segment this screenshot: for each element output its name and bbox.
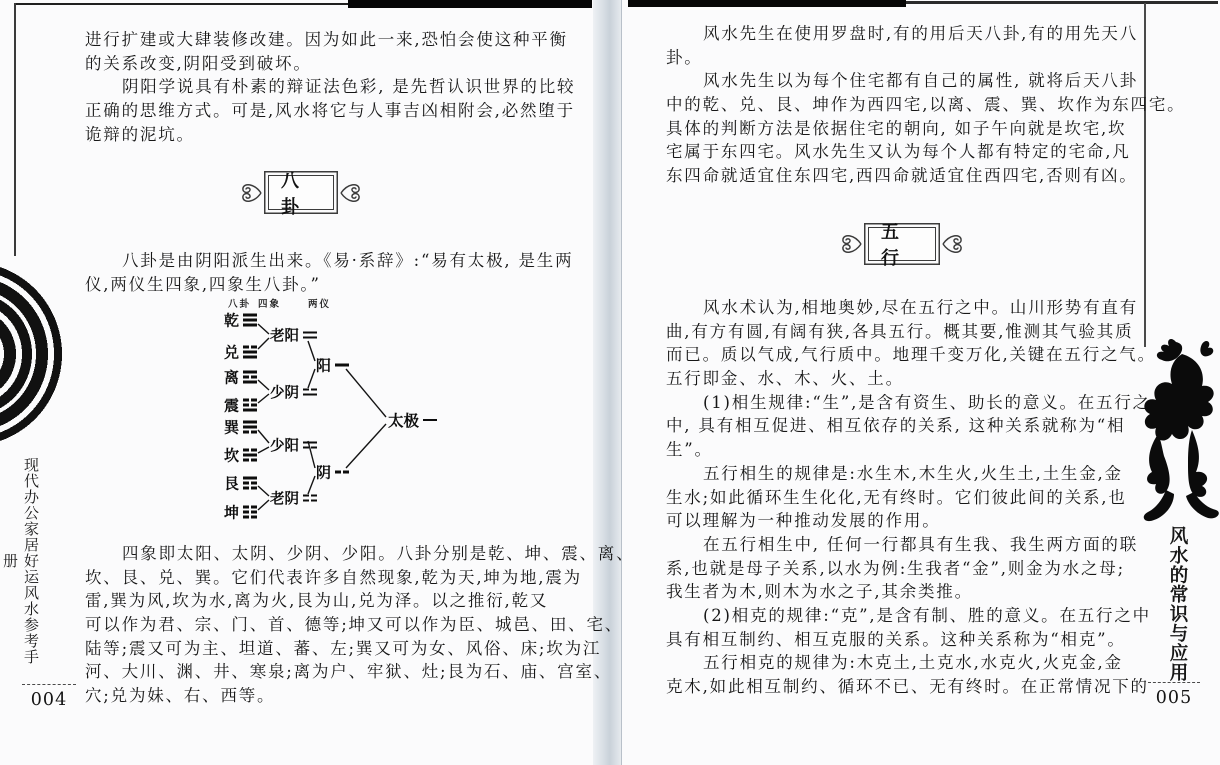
liangyi-node: 阳: [316, 355, 349, 376]
yao-symbol: [335, 364, 349, 367]
taiji-node: 太极: [388, 409, 437, 431]
sixiang-node-label: 少阳: [270, 435, 299, 456]
trigram-node-label: 巽: [224, 417, 239, 438]
trigram-node: 坤: [224, 502, 257, 523]
yao-symbol: [243, 449, 257, 461]
left-page-top-paragraphs: 进行扩建或大肆装修改建。因为如此一来,恐怕会使这种平衡的关系改变,阴阳受到破坏。…: [85, 28, 575, 146]
left-page-text-line: 可以作为君、宗、门、首、德等;坤又可以作为臣、城邑、田、宅、: [85, 613, 634, 637]
right-page-text-line: 五行相克的规律为:木克土,土克水,水克火,火克金,金: [666, 651, 1156, 675]
banner-scroll-ornament-icon: [942, 231, 964, 257]
yao-symbol: [243, 346, 257, 358]
right-page-text-line: 风水先生在使用罗盘时,有的用后天八卦,有的用先天八: [666, 22, 1185, 46]
right-page-text-line: (1)相生规律:“生”,是含有资生、助长的意义。在五行之: [666, 391, 1156, 415]
sixiang-node: 老阳: [270, 325, 317, 346]
left-page-bottom-paragraphs: 四象即太阳、太阴、少阴、少阳。八卦分别是乾、坤、震、离、坎、艮、兑、巽。它们代表…: [85, 542, 634, 708]
yao-symbol: [335, 471, 349, 474]
right-page-text-line: 中的乾、兑、艮、坤作为西四宅,以离、震、巽、坎作为东四宅。: [666, 93, 1185, 117]
right-page-top-paragraphs: 风水先生在使用罗盘时,有的用后天八卦,有的用先天八卦。风水先生以为每个住宅都有自…: [666, 22, 1185, 188]
page-margin-line-left: [14, 3, 16, 256]
right-page-text-line: 而已。质以气成,气行质中。地理千变万化,关键在五行之气。: [666, 343, 1156, 367]
liangyi-node-label: 阴: [316, 462, 331, 483]
page-number-left: 004: [22, 684, 76, 710]
scan-edge-line-left: [14, 3, 360, 5]
trigram-node-label: 兑: [224, 342, 239, 363]
sixiang-node-label: 老阴: [270, 488, 299, 509]
banner-title-bagua: 八卦: [269, 167, 333, 219]
right-page-text-line: 在五行相生中, 任何一行都具有生我、我生两方面的联: [666, 533, 1156, 557]
right-page-text-line: (2)相克的规律:“克”,是含有制、胜的意义。在五行之中: [666, 604, 1156, 628]
left-page-text-line: 阴阳学说具有朴素的辩证法色彩, 是先哲认识世界的比较: [85, 75, 575, 99]
right-page-text-line: 中, 具有相互促进、相互依存的关系, 这种关系就称为“相: [666, 414, 1156, 438]
section-banner-bagua: 八卦: [240, 176, 362, 209]
scan-edge-line-right: [906, 1, 1218, 4]
right-page-text-line: 卦。: [666, 46, 1185, 70]
trigram-node-label: 坎: [224, 445, 239, 466]
liangyi-node-label: 阳: [316, 355, 331, 376]
left-page-text-line: 雷,巽为风,坎为水,离为火,艮为山,兑为泽。以之推衍,乾又: [85, 589, 634, 613]
right-page-text-line: 曲,有方有圆,有阔有狭,各具五行。概其要,惟测其气验其质: [666, 320, 1156, 344]
banner-frame: 五行: [868, 227, 936, 261]
right-page-text-line: 具体的判断方法是依据住宅的朝向, 如子午向就是坎宅,坎: [666, 117, 1185, 141]
left-page-text-line: 仪,两仪生四象,四象生八卦。”: [85, 273, 573, 297]
banner-scroll-ornament-icon: [840, 231, 862, 257]
trigram-node: 巽: [224, 417, 257, 438]
trigram-node: 艮: [224, 473, 257, 494]
taiji-node-label: 太极: [388, 409, 419, 431]
right-page-text-line: 东四命就适宜住东四宅,西四命就适宜住西四宅,否则有凶。: [666, 164, 1185, 188]
left-page-text-line: 穴;兑为妹、右、西等。: [85, 684, 634, 708]
right-page-text-line: 我生者为木,则木为水之子,其余类推。: [666, 580, 1156, 604]
left-page-text-line: 的关系改变,阴阳受到破坏。: [85, 52, 575, 76]
trigram-node: 震: [224, 395, 257, 416]
banner-scroll-ornament-icon: [340, 180, 362, 206]
left-page-text-line: 四象即太阳、太阴、少阴、少阳。八卦分别是乾、坤、震、离、: [85, 542, 634, 566]
left-page-text-line: 诡辩的泥坑。: [85, 123, 575, 147]
yao-symbol: [303, 331, 317, 338]
trigram-node-label: 震: [224, 395, 239, 416]
banner-scroll-ornament-icon: [240, 180, 262, 206]
trigram-node-label: 离: [224, 367, 239, 388]
yao-symbol: [243, 371, 257, 383]
yao-symbol: [243, 421, 257, 433]
trigram-node: 坎: [224, 445, 257, 466]
yao-symbol: [303, 441, 317, 448]
right-page-text-line: 五行即金、水、木、火、土。: [666, 367, 1156, 391]
right-page-text-line: 风水术认为,相地奥妙,尽在五行之中。山川形势有直有: [666, 296, 1156, 320]
left-page-text-line: 坎、艮、兑、巽。它们代表许多自然现象,乾为天,坤为地,震为: [85, 566, 634, 590]
left-page-text-line: 河、大川、渊、井、寒泉;离为户、牢狱、灶;艮为石、庙、宫室、: [85, 660, 634, 684]
yao-symbol: [303, 494, 317, 501]
sixiang-node: 少阴: [270, 382, 317, 403]
yao-symbol: [243, 477, 257, 489]
book-spread-scan: 进行扩建或大肆装修改建。因为如此一来,恐怕会使这种平衡的关系改变,阴阳受到破坏。…: [0, 0, 1220, 765]
trigram-node: 兑: [224, 342, 257, 363]
yao-symbol: [243, 314, 257, 326]
right-page-text-line: 克木,如此相互制约、循环不已、无有终时。在正常情况下的: [666, 675, 1156, 699]
side-section-title: 风水的常识与应用: [1158, 524, 1190, 684]
left-page-text-line: 进行扩建或大肆装修改建。因为如此一来,恐怕会使这种平衡: [85, 28, 575, 52]
sixiang-node: 老阴: [270, 488, 317, 509]
right-page-text-line: 具有相互制约、相互克服的关系。这种关系称为“相克”。: [666, 628, 1156, 652]
right-page-body-paragraphs: 风水术认为,相地奥妙,尽在五行之中。山川形势有直有曲,有方有圆,有阔有狭,各具五…: [666, 296, 1156, 699]
right-page-text-line: 五行相生的规律是:水生木,木生火,火生土,土生金,金: [666, 462, 1156, 486]
page-number-right: 005: [1148, 682, 1200, 708]
right-page-text-line: 生”。: [666, 438, 1156, 462]
yao-symbol: [303, 388, 317, 395]
left-page-text-line: 正确的思维方式。可是,风水将它与人事吉凶相附会,必然堕于: [85, 99, 575, 123]
spine-book-title: 现代办公家居好运风水参考手册: [14, 452, 42, 670]
yao-symbol: [243, 399, 257, 411]
sixiang-node-label: 老阳: [270, 325, 299, 346]
scan-edge-bar-left: [348, 0, 592, 8]
liangyi-node: 阴: [316, 462, 349, 483]
trigram-node-label: 坤: [224, 502, 239, 523]
trigram-node-label: 艮: [224, 473, 239, 494]
diagram-column-header: 八卦: [228, 296, 251, 310]
diagram-column-header: 四象: [258, 296, 281, 310]
left-page-text-line: 陆等;震又可为主、坦道、蕃、左;巽又可为女、风俗、床;坎为江: [85, 637, 634, 661]
qilin-ink-ornament: [1136, 334, 1220, 524]
yao-symbol: [423, 419, 437, 422]
right-page-text-line: 生水;如此循环生生化化,无有终时。它们彼此间的关系,也: [666, 486, 1156, 510]
trigram-node: 乾: [224, 310, 257, 331]
sixiang-node-label: 少阴: [270, 382, 299, 403]
right-page-text-line: 系,也就是母子关系,以水为例:生我者“金”,则金为水之母;: [666, 557, 1156, 581]
left-page-text-line: 八卦是由阴阳派生出来。《易·系辞》:“易有太极, 是生两: [85, 249, 573, 273]
circle-scroll-ornament: [0, 256, 68, 452]
bagua-derivation-diagram: 八卦四象两仪乾兑离震巽坎艮坤老阳少阴少阳老阴阳阴太极: [222, 298, 472, 538]
trigram-node-label: 乾: [224, 310, 239, 331]
right-page-text-line: 风水先生以为每个住宅都有自己的属性, 就将后天八卦: [666, 69, 1185, 93]
sixiang-node: 少阳: [270, 435, 317, 456]
banner-title-wuxing: 五行: [869, 218, 935, 270]
right-page-text-line: 宅属于东四宅。风水先生又认为每个人都有特定的宅命,凡: [666, 140, 1185, 164]
yao-symbol: [243, 506, 257, 518]
banner-frame: 八卦: [268, 175, 334, 210]
trigram-node: 离: [224, 367, 257, 388]
left-page-intro-paragraph: 八卦是由阴阳派生出来。《易·系辞》:“易有太极, 是生两仪,两仪生四象,四象生八…: [85, 249, 573, 296]
right-page-text-line: 可以理解为一种推动发展的作用。: [666, 509, 1156, 533]
scan-edge-bar-right: [628, 0, 906, 7]
section-banner-wuxing: 五行: [840, 228, 964, 260]
diagram-column-header: 两仪: [308, 296, 331, 310]
